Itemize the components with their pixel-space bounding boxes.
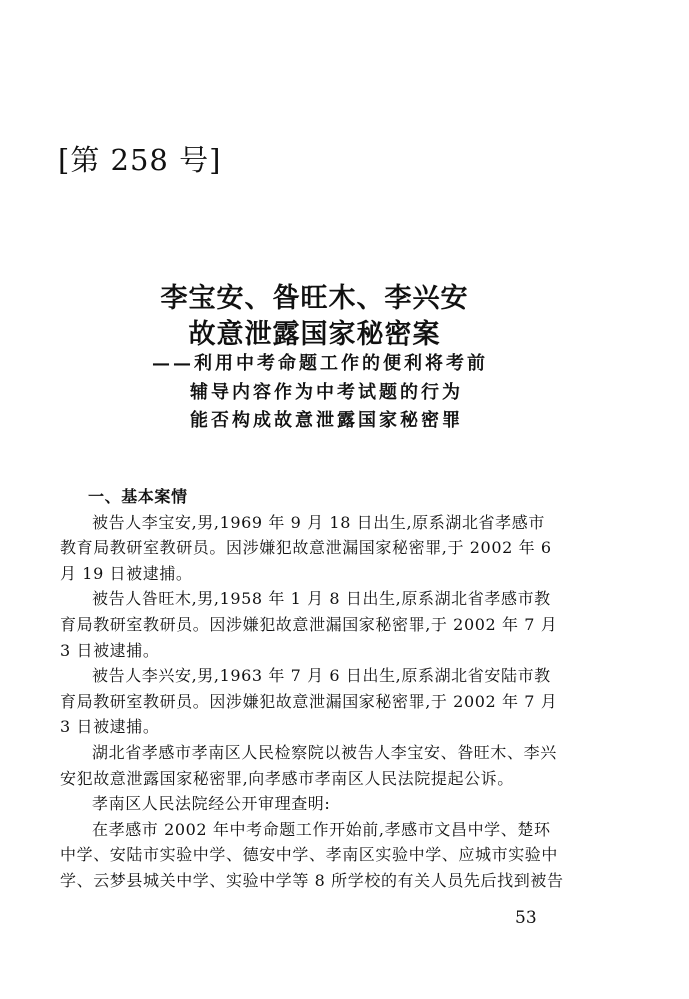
paragraph-line: 育局教研室教研员。因涉嫌犯故意泄漏国家秘密罪,于 2002 年 7 月: [60, 612, 560, 638]
paragraph-line: 湖北省孝感市孝南区人民检察院以被告人李宝安、昝旺木、李兴: [60, 740, 560, 766]
case-title-line-2: 故意泄露国家秘密案: [0, 312, 659, 351]
case-title-line-1: 李宝安、昝旺木、李兴安: [0, 276, 659, 315]
paragraph-line: 教育局教研室教研员。因涉嫌犯故意泄漏国家秘密罪,于 2002 年 6: [60, 535, 560, 561]
paragraph-line: 在孝感市 2002 年中考命题工作开始前,孝感市文昌中学、楚环: [60, 817, 560, 843]
section-heading: 一、基本案情: [60, 484, 560, 510]
paragraph-line: 孝南区人民法院经公开审理查明:: [60, 791, 560, 817]
paragraph-line: 安犯故意泄露国家秘密罪,向孝感市孝南区人民法院提起公诉。: [60, 766, 560, 792]
body-text: 一、基本案情 被告人李宝安,男,1969 年 9 月 18 日出生,原系湖北省孝…: [60, 484, 560, 894]
page-number: 53: [515, 908, 537, 928]
paragraph-line: 被告人李兴安,男,1963 年 7 月 6 日出生,原系湖北省安陆市教: [60, 663, 560, 689]
case-number: [第 258 号]: [58, 138, 221, 179]
paragraph-line: 被告人昝旺木,男,1958 年 1 月 8 日出生,原系湖北省孝感市教: [60, 586, 560, 612]
subtitle-line-2: 辅导内容作为中考试题的行为: [190, 378, 463, 404]
subtitle-line-1: ——利用中考命题工作的便利将考前: [152, 349, 488, 375]
paragraph-line: 月 19 日被逮捕。: [60, 561, 560, 587]
paragraph-line: 被告人李宝安,男,1969 年 9 月 18 日出生,原系湖北省孝感市: [60, 510, 560, 536]
subtitle-line-3: 能否构成故意泄露国家秘密罪: [190, 406, 463, 432]
paragraph-line: 3 日被逮捕。: [60, 638, 560, 664]
paragraph-line: 育局教研室教研员。因涉嫌犯故意泄漏国家秘密罪,于 2002 年 7 月: [60, 689, 560, 715]
paragraph-line: 中学、安陆市实验中学、德安中学、孝南区实验中学、应城市实验中: [60, 842, 560, 868]
paragraph-line: 学、云梦县城关中学、实验中学等 8 所学校的有关人员先后找到被告: [60, 868, 560, 894]
paragraph-line: 3 日被逮捕。: [60, 714, 560, 740]
